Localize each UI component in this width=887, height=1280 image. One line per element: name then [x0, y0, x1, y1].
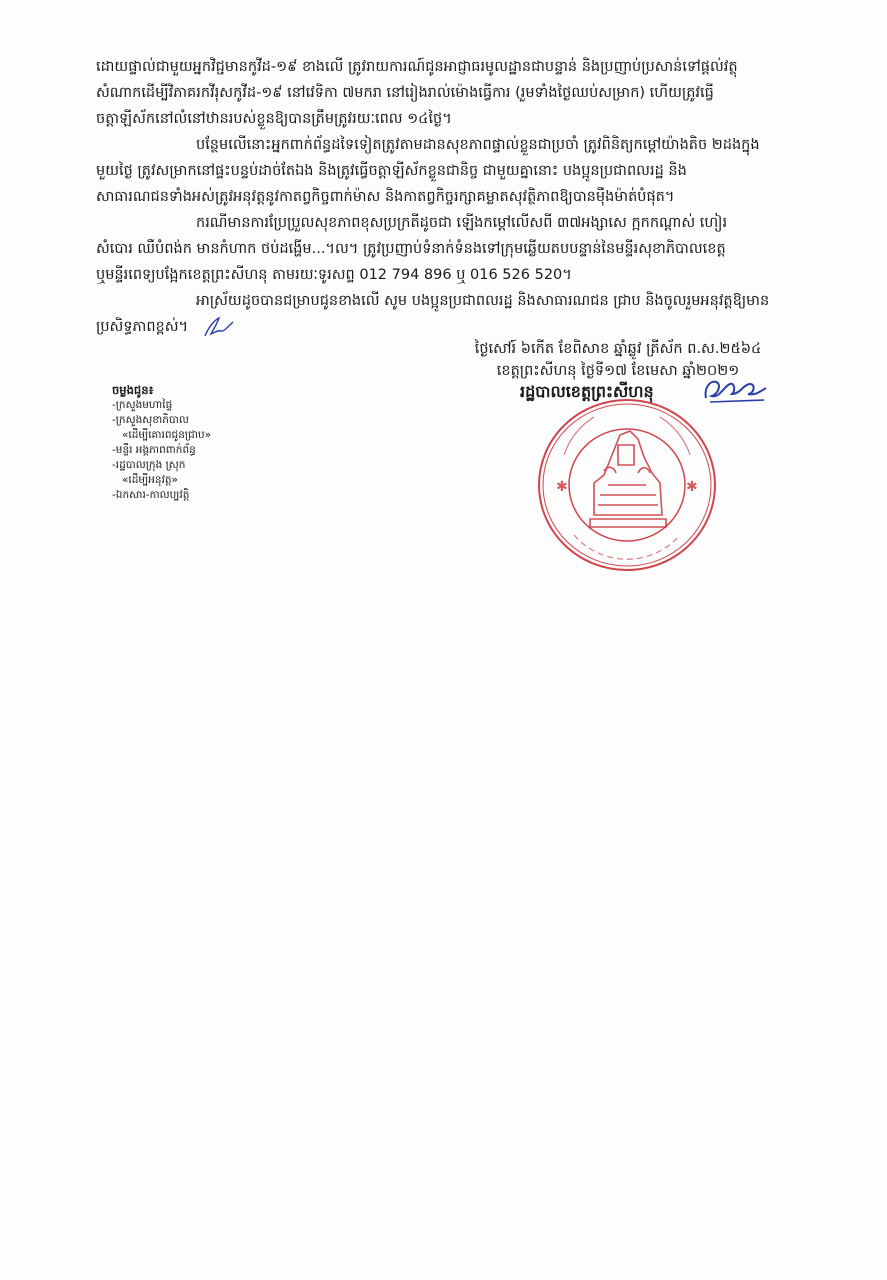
paragraph-3: ករណីមានការប្រែប្រួលសុខភាពខុសប្រក្រតីដូចជ… — [96, 210, 830, 288]
text-line: ឬមន្ទីរពេទ្យបង្អែកខេត្តព្រះសីហនុ តាមរយៈទ… — [96, 262, 830, 288]
cc-item-note: «ដើម្បីអនុវត្ត» — [112, 473, 312, 488]
text-line: សំណាកដើម្បីវិភាគរកវីរុសកូវីដ-១៩ នៅវេទិកា… — [96, 80, 830, 106]
cc-item-note: «ដើម្បីគោរពជូនជ្រាប» — [112, 428, 312, 443]
cc-item: -រដ្ឋបាលក្រុង ស្រុក — [112, 458, 312, 473]
text-line: បន្ថែមលើនោះអ្នកពាក់ព័ន្ធដទៃទៀតត្រូវតាមដា… — [96, 132, 830, 158]
signer-title: រដ្ឋបាលខេត្តព្រះសីហនុ — [520, 381, 654, 403]
text-line: សំបោរ ឈឺបំពង់ក មានកំហាក ថប់ដង្ហើម...។ល។ … — [96, 236, 830, 262]
signature-icon — [700, 370, 770, 406]
cc-item: -មន្ទីរ អង្គភាពពាក់ព័ន្ធ — [112, 443, 312, 458]
text-line: ដោយផ្ទាល់ជាមួយអ្នកវិជ្ជមានកូវីដ-១៩ ខាងលើ… — [96, 54, 830, 80]
cc-item: -ក្រសួងមហាផ្ទៃ — [112, 398, 312, 413]
text-line: ចត្តាឡីស័កនៅលំនៅឋានរបស់ខ្លួនឱ្យបានត្រឹមត… — [96, 106, 830, 132]
letter-body: ដោយផ្ទាល់ជាមួយអ្នកវិជ្ជមានកូវីដ-១៩ ខាងលើ… — [96, 54, 830, 340]
svg-text:✱: ✱ — [556, 479, 568, 495]
paragraph-2: បន្ថែមលើនោះអ្នកពាក់ព័ន្ធដទៃទៀតត្រូវតាមដា… — [96, 132, 830, 210]
document-page: ដោយផ្ទាល់ជាមួយអ្នកវិជ្ជមានកូវីដ-១៩ ខាងលើ… — [0, 0, 887, 1280]
closing-text: ប្រសិទ្ធភាពខ្ពស់។ — [96, 319, 188, 335]
official-stamp-icon: ✱ ✱ — [534, 395, 720, 575]
text-line: ករណីមានការប្រែប្រួលសុខភាពខុសប្រក្រតីដូចជ… — [96, 210, 830, 236]
lunar-date: ថ្ងៃសៅរ៍ ៦កើត ខែពិសាខ ឆ្នាំឆ្លូវ ត្រីស័ក… — [448, 338, 788, 360]
text-line: អាស្រ័យដូចបានជម្រាបជូនខាងលើ សូម បងប្អូនប… — [96, 288, 830, 314]
svg-text:✱: ✱ — [686, 479, 698, 495]
cc-item: -ឯកសារ-កាលប្បវត្តិ — [112, 488, 312, 503]
paragraph-1: ដោយផ្ទាល់ជាមួយអ្នកវិជ្ជមានកូវីដ-១៩ ខាងលើ… — [96, 54, 830, 132]
initial-mark-icon — [201, 316, 235, 338]
text-line: សាធារណជនទាំងអស់ត្រូវអនុវត្តនូវកាតព្វកិច្… — [96, 184, 830, 210]
cc-title: ចម្លងជូន៖ — [112, 383, 312, 398]
carbon-copy-list: ចម្លងជូន៖ -ក្រសួងមហាផ្ទៃ -ក្រសួងសុខាភិបា… — [112, 383, 312, 503]
text-line: មួយថ្ងៃ ត្រូវសម្រាកនៅផ្ទះបន្ទប់ដាច់តែឯង … — [96, 158, 830, 184]
text-line: ប្រសិទ្ធភាពខ្ពស់។ — [96, 314, 830, 340]
cc-item: -ក្រសួងសុខាភិបាល — [112, 413, 312, 428]
paragraph-4: អាស្រ័យដូចបានជម្រាបជូនខាងលើ សូម បងប្អូនប… — [96, 288, 830, 340]
